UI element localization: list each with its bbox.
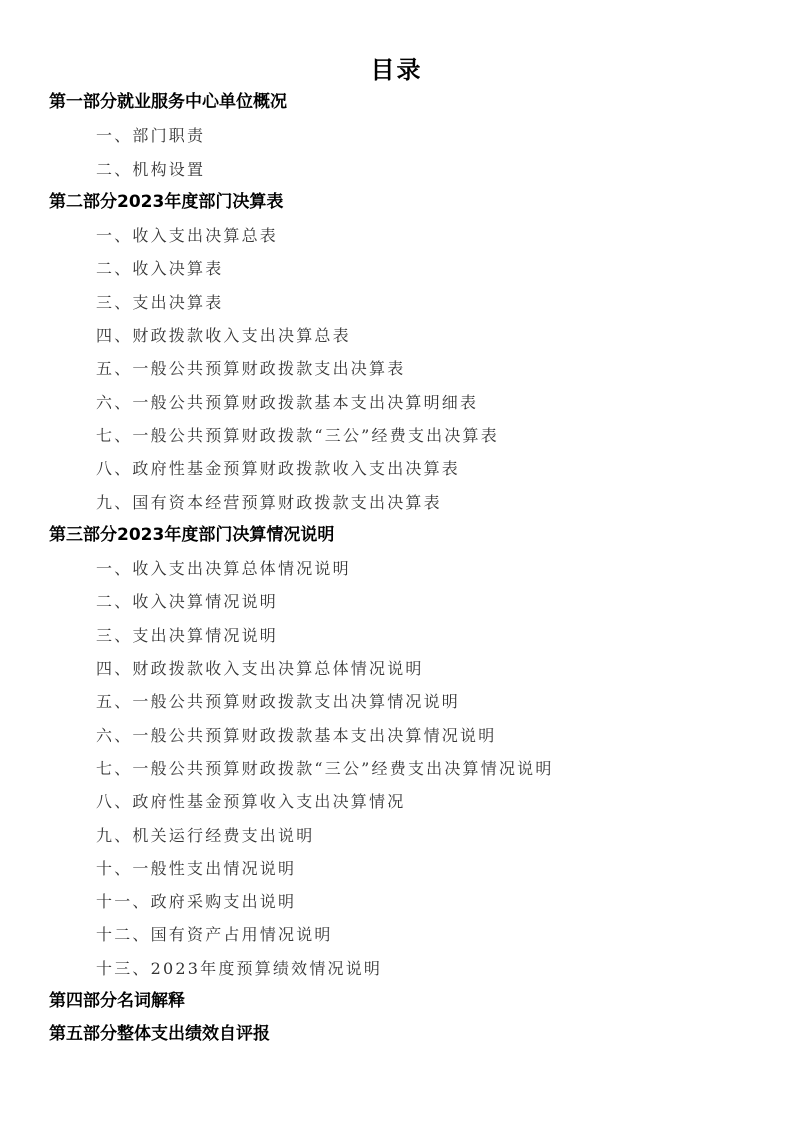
toc-item[interactable]: 十三、2023年度预算绩效情况说明	[0, 952, 793, 985]
toc-item[interactable]: 八、政府性基金预算收入支出决算情况	[0, 785, 793, 818]
page-title: 目录	[0, 50, 793, 85]
toc-item[interactable]: 九、国有资本经营预算财政拨款支出决算表	[0, 486, 793, 519]
toc-item[interactable]: 七、一般公共预算财政拨款“三公”经费支出决算表	[0, 419, 793, 452]
toc-item[interactable]: 七、一般公共预算财政拨款“三公”经费支出决算情况说明	[0, 752, 793, 785]
toc-item[interactable]: 二、收入决算表	[0, 252, 793, 285]
toc-item[interactable]: 五、一般公共预算财政拨款支出决算表	[0, 352, 793, 385]
toc-item[interactable]: 一、收入支出决算总体情况说明	[0, 552, 793, 585]
toc-item[interactable]: 五、一般公共预算财政拨款支出决算情况说明	[0, 685, 793, 718]
toc-part-5-heading[interactable]: 第五部分整体支出绩效自评报	[0, 1018, 793, 1051]
toc-item[interactable]: 六、一般公共预算财政拨款基本支出决算情况说明	[0, 719, 793, 752]
toc-part-1-heading[interactable]: 第一部分就业服务中心单位概况	[0, 86, 793, 119]
toc-item[interactable]: 三、支出决算情况说明	[0, 619, 793, 652]
toc-item[interactable]: 十、一般性支出情况说明	[0, 852, 793, 885]
toc-part-3-heading[interactable]: 第三部分2023年度部门决算情况说明	[0, 519, 793, 552]
toc-item[interactable]: 十一、政府采购支出说明	[0, 885, 793, 918]
toc-part-2-heading[interactable]: 第二部分2023年度部门决算表	[0, 186, 793, 219]
table-of-contents: 第一部分就业服务中心单位概况 一、部门职责 二、机构设置 第二部分2023年度部…	[0, 86, 793, 1052]
toc-item[interactable]: 九、机关运行经费支出说明	[0, 819, 793, 852]
toc-item[interactable]: 十二、国有资产占用情况说明	[0, 918, 793, 951]
toc-item[interactable]: 二、收入决算情况说明	[0, 585, 793, 618]
toc-item[interactable]: 一、收入支出决算总表	[0, 219, 793, 252]
toc-item[interactable]: 四、财政拨款收入支出决算总表	[0, 319, 793, 352]
toc-item[interactable]: 八、政府性基金预算财政拨款收入支出决算表	[0, 452, 793, 485]
toc-item[interactable]: 一、部门职责	[0, 119, 793, 152]
toc-item[interactable]: 二、机构设置	[0, 153, 793, 186]
toc-item[interactable]: 四、财政拨款收入支出决算总体情况说明	[0, 652, 793, 685]
toc-item[interactable]: 六、一般公共预算财政拨款基本支出决算明细表	[0, 386, 793, 419]
toc-item[interactable]: 三、支出决算表	[0, 286, 793, 319]
toc-part-4-heading[interactable]: 第四部分名词解释	[0, 985, 793, 1018]
